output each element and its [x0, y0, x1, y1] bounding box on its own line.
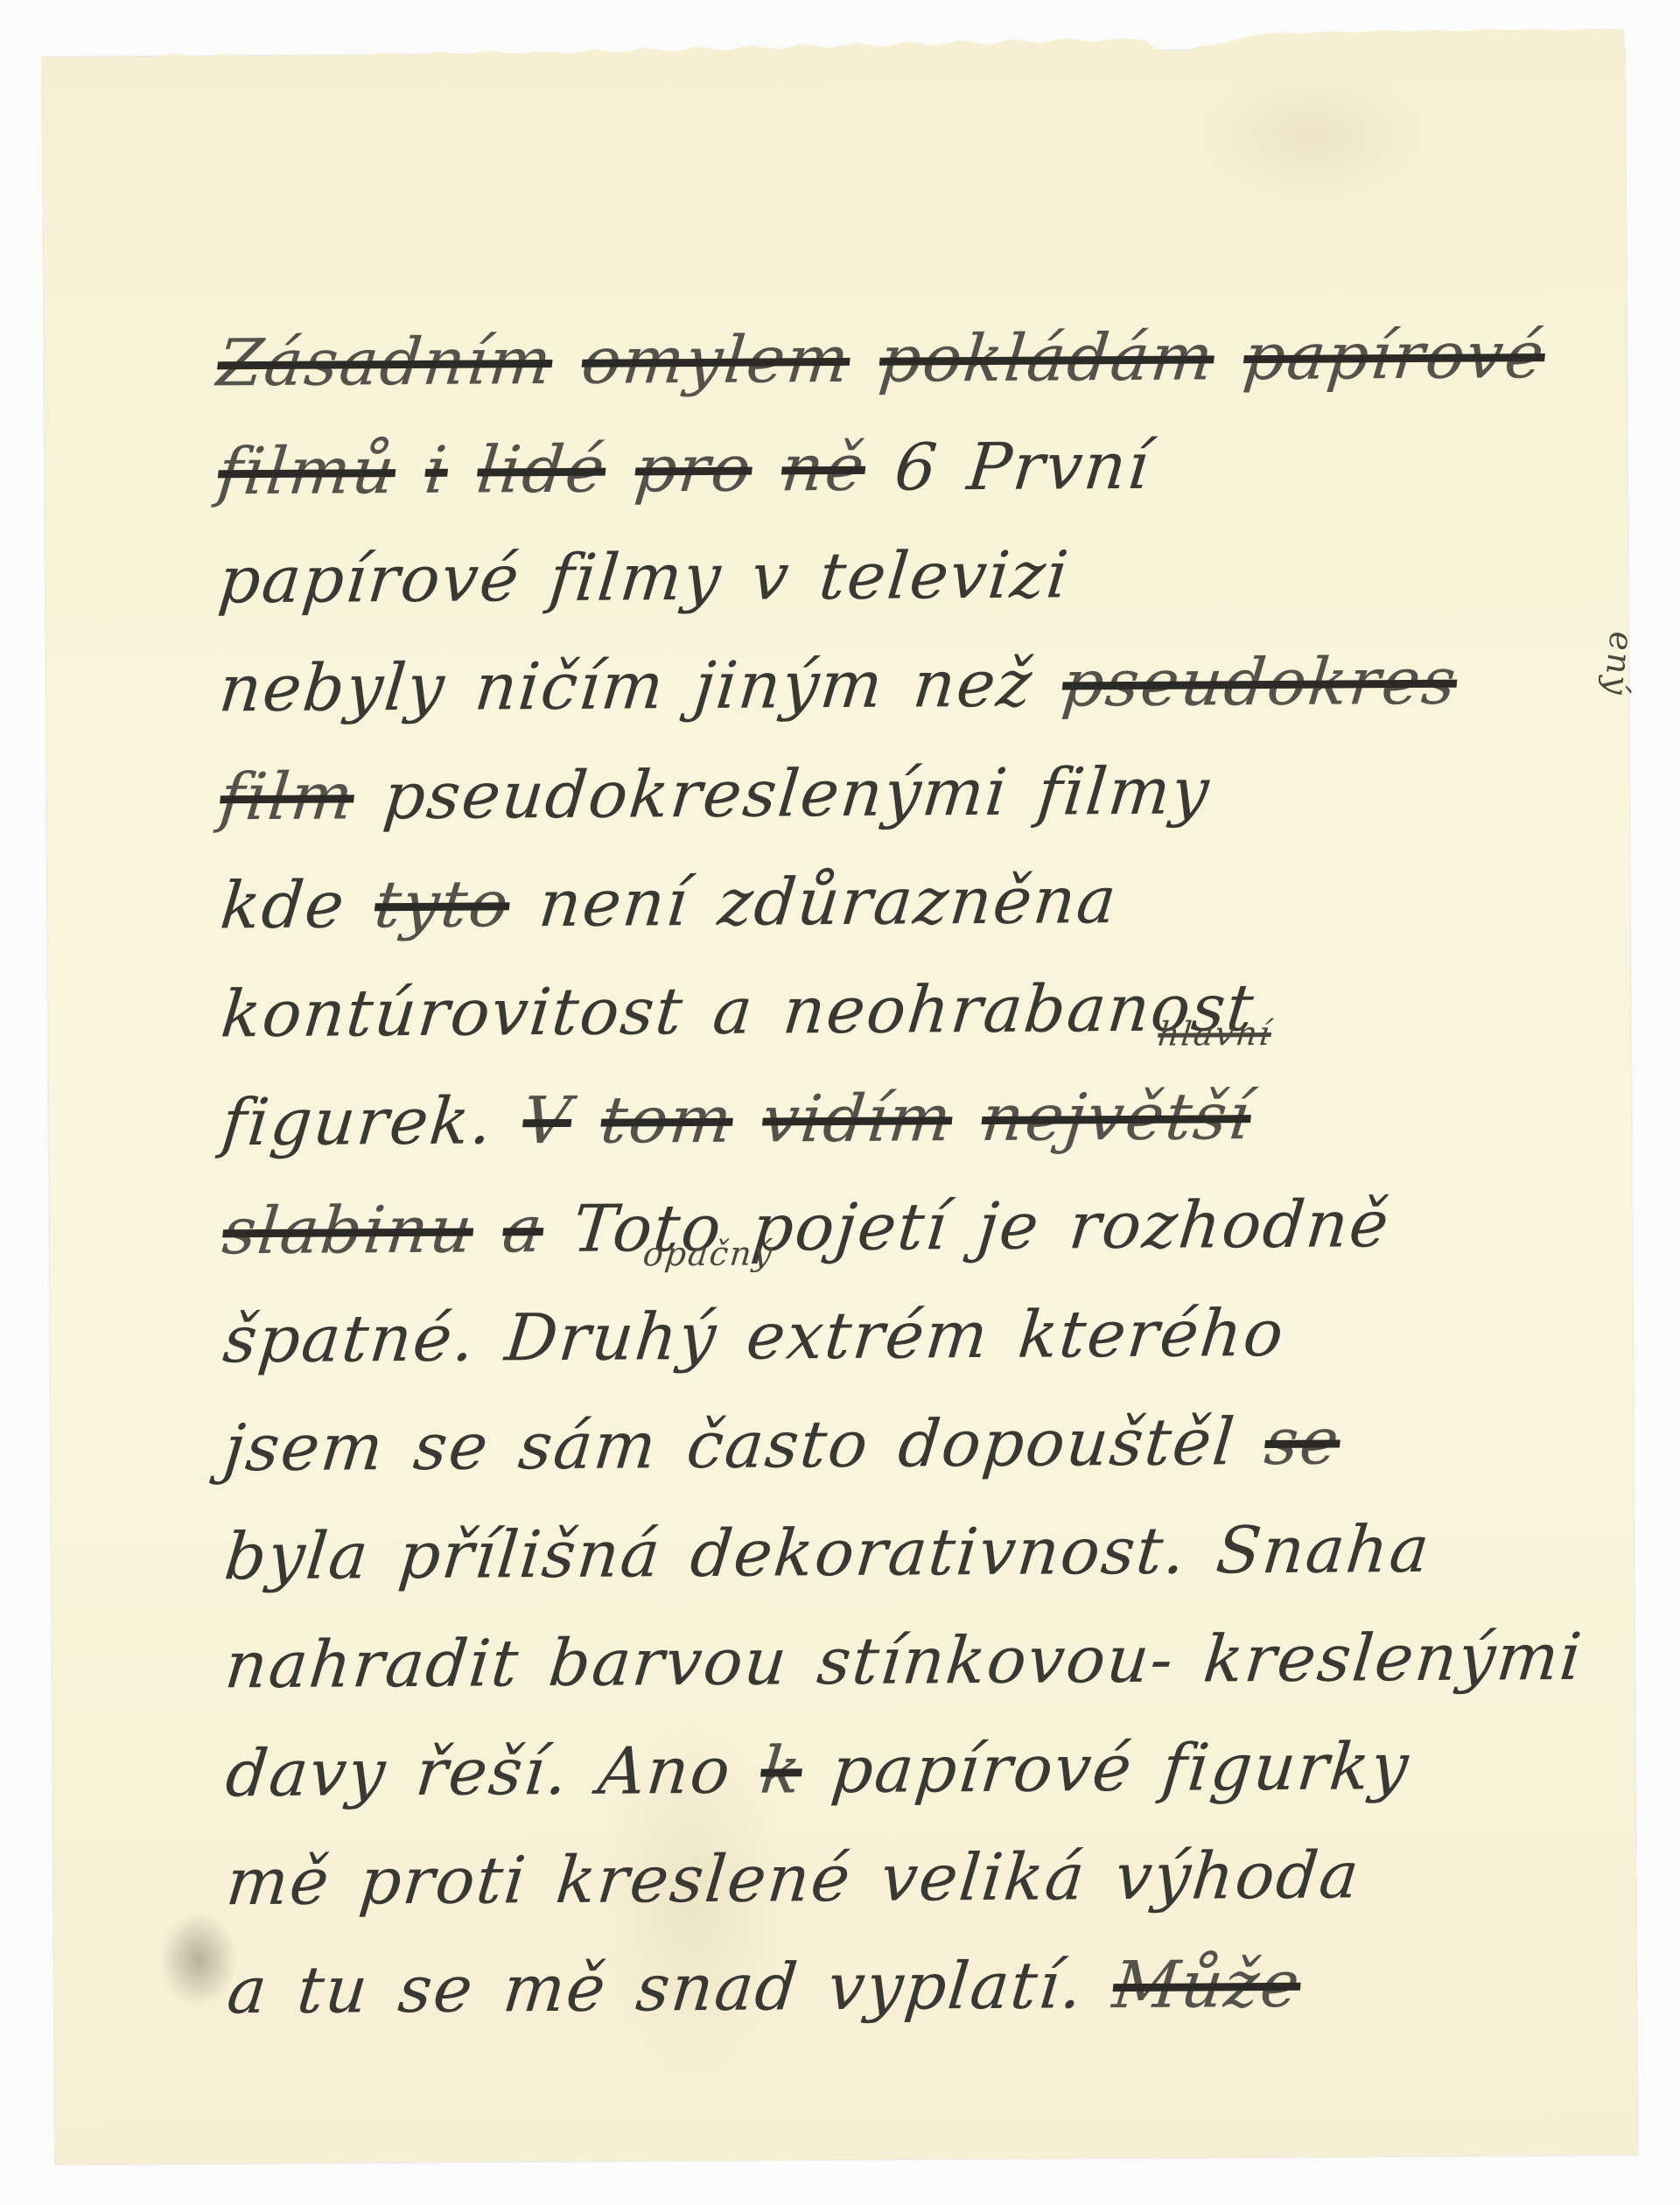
manuscript-line: měprotikreslenévelikávýhoda [223, 1803, 1599, 1921]
word: papírové [828, 1731, 1137, 1808]
word: 6 [892, 430, 942, 505]
struck-word: Může [1109, 1947, 1305, 2023]
word: a [224, 1953, 272, 2028]
word: řeší. [413, 1734, 573, 1810]
handwritten-text-block: Zásadnímomylempokládámpapírovéfilmůilidé… [219, 284, 1594, 2028]
word: v [748, 539, 794, 614]
word: nebyly [216, 650, 450, 727]
word: špatné. [220, 1301, 479, 1378]
struck-word: V [519, 1083, 575, 1158]
margin-note: ený [1596, 631, 1641, 696]
word: První [964, 429, 1154, 505]
struck-word: i [422, 433, 451, 508]
struck-word: pseudokres [1059, 644, 1460, 722]
word: výhoda [1112, 1837, 1364, 1914]
word: kreslenými [1200, 1620, 1586, 1697]
manuscript-line: špatné.Druhýextrémkteréhoopačný [220, 1261, 1595, 1378]
struck-word: omylem [578, 322, 854, 399]
word: byla [221, 1518, 373, 1594]
struck-word: tyto [371, 866, 513, 942]
word: přílišná [395, 1516, 665, 1593]
word: ničím [472, 648, 668, 724]
word: zdůrazněna [715, 863, 1121, 941]
word: Snaha [1213, 1512, 1434, 1589]
manuscript-line: slabinuaTotopojetíjerozhodně [220, 1152, 1595, 1270]
word: nahradit [222, 1626, 523, 1703]
struck-word: se [1262, 1403, 1344, 1480]
manuscript-line: nahraditbarvoustínkovou-kreslenými [222, 1586, 1598, 1704]
struck-word: vidím [759, 1081, 955, 1157]
struck-word: Zásadním [214, 324, 556, 401]
word: vyplatí. [824, 1948, 1087, 2025]
word: sám [515, 1408, 661, 1484]
manuscript-line: filmpseudokreslenýmifilmy [217, 718, 1592, 836]
manuscript-line: atuseměsnadvyplatí.Může [224, 1912, 1599, 2029]
struck-word: tom [598, 1082, 737, 1158]
word: figurky [1158, 1729, 1413, 1806]
manuscript-line: bylapřílišnádekorativnost.Snaha [221, 1478, 1597, 1595]
struck-word: ně [778, 430, 869, 507]
manuscript-line: filmůilidéproně6První [214, 393, 1590, 510]
struck-word: a [500, 1192, 548, 1267]
word: kreslené [553, 1841, 855, 1918]
manuscript-line: jsemsesámčastodopouštělse [220, 1369, 1596, 1487]
word: jiným [691, 647, 888, 724]
word: není [535, 865, 692, 941]
manuscript-line: figurek.Vtomvidímnejvětšíhlavní [219, 1044, 1594, 1161]
manuscript-line: kdetytonenízdůrazněna [217, 827, 1592, 944]
manuscript-line: Zásadnímomylempokládámpapírové [214, 284, 1590, 402]
struck-word: k [757, 1732, 805, 1808]
word: pseudokreslenými [380, 755, 1011, 834]
word: dekorativnost. [687, 1514, 1190, 1592]
word: pojetí [748, 1189, 952, 1265]
struck-word: filmů [214, 433, 399, 509]
word: filmy [546, 540, 725, 616]
word: televizi [816, 537, 1074, 614]
word: kontúrovitost [218, 974, 687, 1052]
manuscript-line: papírovéfilmyvtelevizi [215, 501, 1591, 619]
word: Druhý [502, 1299, 721, 1376]
word: kterého [1015, 1296, 1288, 1373]
word: figurek. [219, 1083, 497, 1160]
manuscript-line: kontúrovitostaneohrabanost [218, 935, 1593, 1053]
word: mě [500, 1951, 610, 2027]
struck-word: lidé [474, 432, 610, 508]
word: často [683, 1407, 872, 1483]
word: proti [356, 1843, 530, 1919]
interlinear-insertion: opačný [641, 1234, 775, 1273]
word: dopouštěl [895, 1404, 1239, 1481]
word: stínkovou- [814, 1622, 1178, 1700]
word: a [710, 974, 758, 1049]
word: je [974, 1189, 1043, 1264]
word: Ano [595, 1733, 735, 1809]
manuscript-line: davyřeší.Anokpapírovéfigurky [222, 1695, 1598, 1812]
word: jsem [220, 1410, 388, 1486]
struck-word: film [217, 759, 358, 835]
word: veliká [878, 1839, 1089, 1915]
interlinear-insertion: hlavní [1156, 1014, 1273, 1053]
word: rozhodně [1066, 1186, 1393, 1263]
word: papírové [215, 541, 524, 618]
word: snad [633, 1949, 802, 2026]
word: filmy [1034, 753, 1214, 829]
word: kde [217, 867, 349, 943]
word: se [395, 1952, 477, 2028]
word: než [910, 647, 1037, 723]
graphite-smudge [159, 1911, 239, 2008]
struck-word: pokládám [876, 319, 1218, 396]
struck-word: slabinu [220, 1193, 478, 1270]
word: mě [223, 1844, 333, 1921]
struck-word: pro [632, 431, 756, 507]
manuscript-page: Zásadnímomylempokládámpapírovéfilmůilidé… [43, 48, 1638, 2165]
struck-word: největší [978, 1079, 1255, 1156]
word: davy [222, 1735, 390, 1811]
word: barvou [545, 1624, 791, 1701]
paper-stain [1198, 66, 1426, 208]
word: tu [294, 1952, 373, 2028]
struck-word: papírové [1240, 318, 1549, 395]
word: extrém [743, 1298, 992, 1375]
manuscript-line: nebylyničímjinýmnežpseudokresený [216, 610, 1592, 727]
word: se [410, 1409, 493, 1485]
